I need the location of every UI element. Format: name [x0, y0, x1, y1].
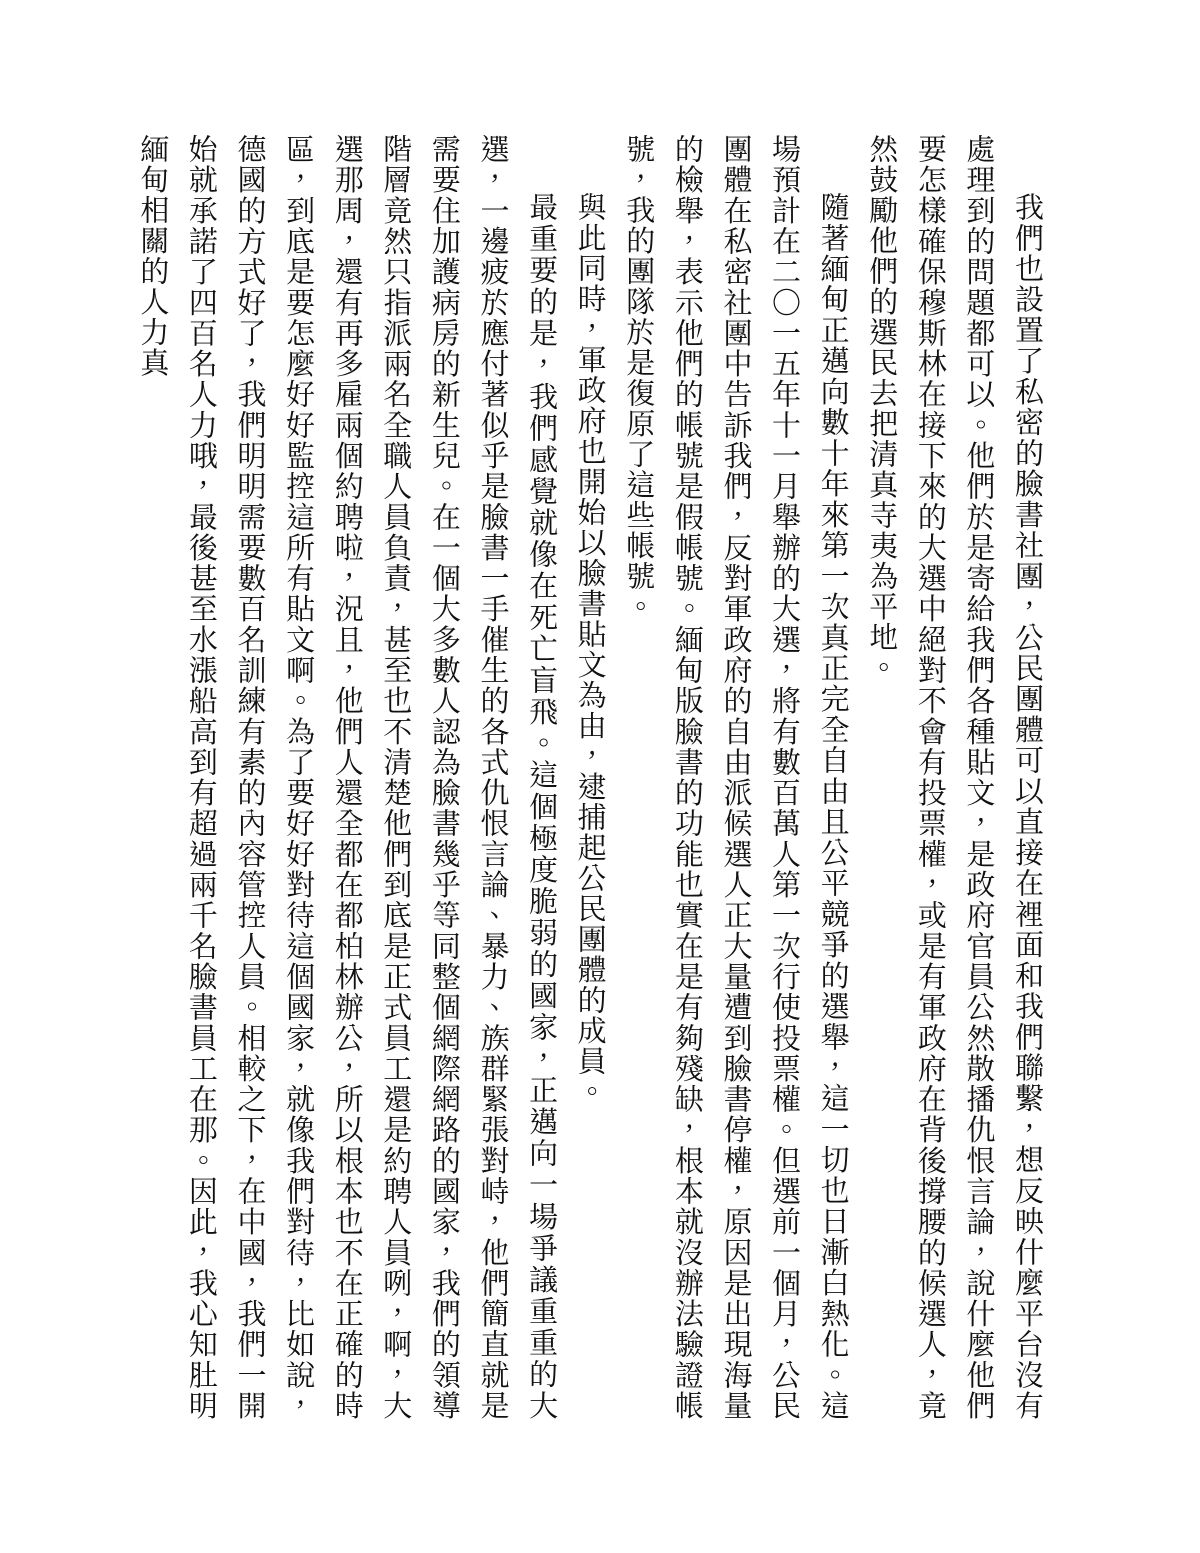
vertical-text-block: 我們也設置了私密的臉書社團，公民團體可以直接在裡面和我們聯繫，想反映什麼平台沒有… [128, 134, 1051, 1421]
paragraph-2: 隨著緬甸正邁向數十年來第一次真正完全自由且公平競爭的選舉，這一切也日漸白熱化。這… [614, 134, 857, 1421]
paragraph-4: 最重要的是，我們感覺就像在死亡盲飛。這個極度脆弱的國家，正邁向一場爭議重重的大選… [128, 134, 565, 1421]
book-page: 我們也設置了私密的臉書社團，公民團體可以直接在裡面和我們聯繫，想反映什麼平台沒有… [0, 0, 1200, 1553]
paragraph-3: 與此同時，軍政府也開始以臉書貼文為由，逮捕起公民團體的成員。 [565, 134, 614, 1421]
paragraph-1: 我們也設置了私密的臉書社團，公民團體可以直接在裡面和我們聯繫，想反映什麼平台沒有… [857, 134, 1051, 1421]
